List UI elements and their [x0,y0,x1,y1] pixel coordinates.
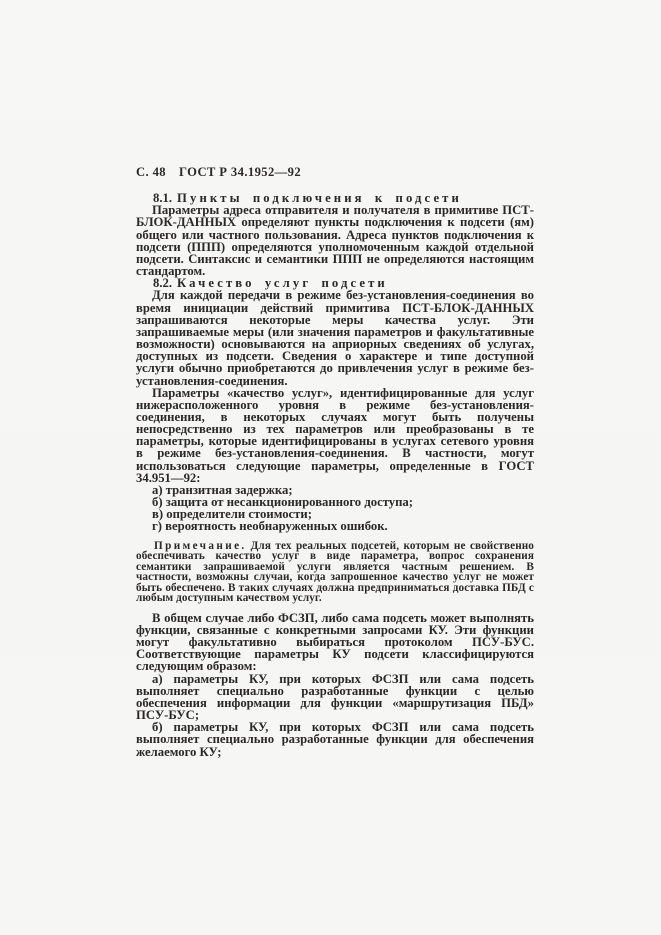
section-8-2-paragraph-1: Для каждой передачи в режиме без-установ… [136,289,534,386]
running-header: С. 48ГОСТ Р 34.1952—92 [136,166,534,178]
list-item: г) вероятность необнаруженных ошибок. [136,520,534,532]
document-text-block: С. 48ГОСТ Р 34.1952—92 8.1.Пункты подклю… [136,166,534,758]
ku-parameter-list: а) параметры КУ, при которых ФСЗП или са… [136,673,534,758]
list-item: б) параметры КУ, при которых ФСЗП или са… [136,721,534,757]
qos-parameter-list: а) транзитная задержка; б) защита от нес… [136,484,534,533]
note-text: Для тех реальных подсетей, которым не св… [136,540,534,605]
section-8-1-paragraph: Параметры адреса отправителя и получател… [136,204,534,277]
list-item: а) параметры КУ, при которых ФСЗП или са… [136,673,534,722]
section-8-2-paragraph-2: Параметры «качество услуг», идентифициро… [136,387,534,484]
section-8-2-paragraph-3: В общем случае либо ФСЗП, либо сама подс… [136,612,534,673]
note-paragraph: Примечание.Для тех реальных подсетей, ко… [136,541,534,604]
scanned-page-background: С. 48ГОСТ Р 34.1952—92 8.1.Пункты подклю… [0,0,661,935]
page-number-label: С. 48 [136,165,166,179]
standard-number: ГОСТ Р 34.1952—92 [179,165,301,179]
